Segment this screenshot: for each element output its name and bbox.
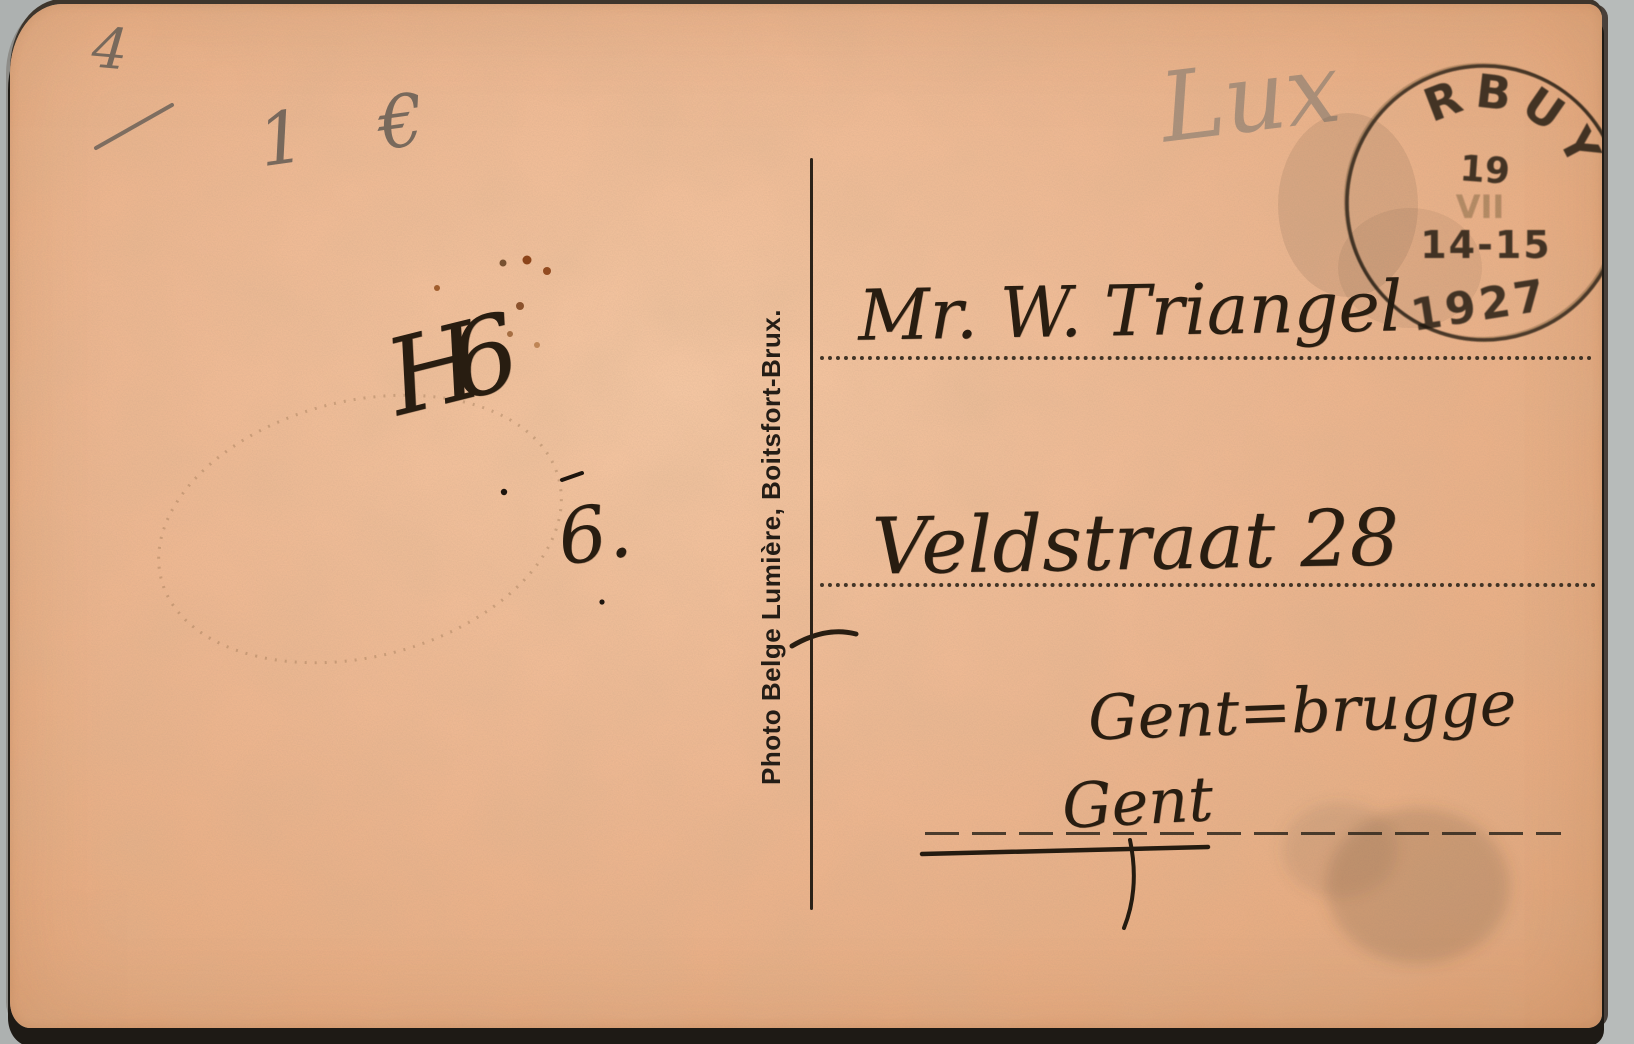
postmark-hour: 14-15 [1420, 223, 1552, 267]
scanner-background: Photo Belge Lumière, Boitsfort-Brux. 4 1… [0, 0, 1634, 1044]
address-divider-line [810, 158, 813, 910]
gent-underline [922, 840, 1208, 928]
postmark-month: VII [1456, 188, 1505, 226]
postmark-stamp: RBUY 19 VII 14-15 1927 [1310, 30, 1602, 375]
address-city: Gent [1060, 768, 1214, 838]
postmark-day: 19 [1458, 148, 1511, 192]
address-dashed-line-3 [925, 832, 1561, 835]
pencil-price-note: 1 € [254, 83, 429, 177]
postcard-back: Photo Belge Lumière, Boitsfort-Brux. 4 1… [10, 4, 1602, 1028]
ghost-stamp-arc [130, 355, 590, 703]
pencil-index-number: 4 [90, 21, 130, 80]
ink-monogram: H6 [377, 305, 503, 432]
publisher-imprint: Photo Belge Lumière, Boitsfort-Brux. [756, 277, 788, 817]
ink-flourish [792, 632, 856, 646]
address-district: Gent=brugge [1087, 673, 1517, 750]
address-street: Veldstraat 28 [871, 499, 1400, 586]
smudge-bottom-right [1282, 802, 1510, 964]
ink-number: 6. [553, 491, 635, 576]
pencil-slash [96, 105, 172, 148]
